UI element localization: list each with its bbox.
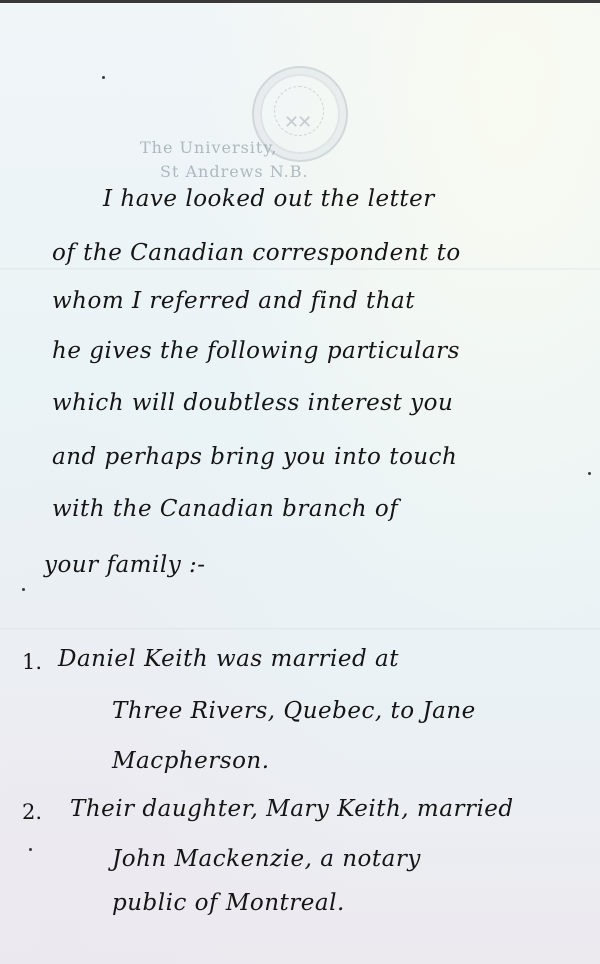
seal-crest-mark: ✕✕ xyxy=(284,112,310,133)
body-line: he gives the following particulars xyxy=(52,338,460,364)
list-item-line: John Mackenzie, a notary xyxy=(112,846,421,872)
body-line: I have looked out the letter xyxy=(103,186,435,212)
letter-page: ✕✕ The University, St Andrews N.B. I hav… xyxy=(0,0,600,964)
body-line: your family :- xyxy=(44,552,206,578)
ink-speck xyxy=(29,848,32,851)
body-line: which will doubtless interest you xyxy=(52,390,453,416)
body-line: with the Canadian branch of xyxy=(52,496,398,522)
body-line: and perhaps bring you into touch xyxy=(52,444,457,470)
ink-speck xyxy=(102,76,105,79)
list-item-line: Macpherson. xyxy=(112,748,270,774)
ink-speck xyxy=(588,472,591,475)
letterhead-line-2: St Andrews N.B. xyxy=(160,162,309,181)
body-line: whom I referred and find that xyxy=(52,288,415,314)
list-number: 1. xyxy=(22,650,42,674)
list-item-line: Daniel Keith was married at xyxy=(58,646,399,672)
list-number: 2. xyxy=(22,800,42,824)
list-item-line: Three Rivers, Quebec, to Jane xyxy=(112,698,476,724)
fold-line xyxy=(0,268,600,270)
fold-line xyxy=(0,628,600,630)
list-item-line: Their daughter, Mary Keith, married xyxy=(70,796,514,822)
list-item-line: public of Montreal. xyxy=(112,890,345,916)
scan-edge xyxy=(0,0,600,3)
ink-speck xyxy=(22,588,25,591)
body-line: of the Canadian correspondent to xyxy=(52,240,461,266)
letterhead-line-1: The University, xyxy=(140,138,277,157)
